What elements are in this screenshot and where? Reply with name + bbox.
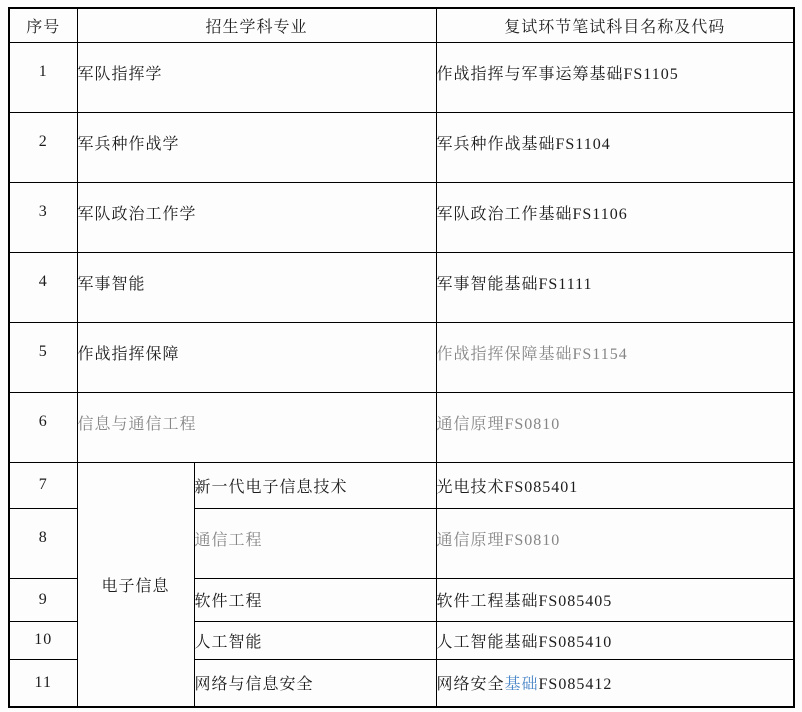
row-number: 8 — [9, 508, 77, 578]
table-row: 1 军队指挥学 作战指挥与军事运筹基础FS1105 — [9, 42, 794, 112]
subject-text-post: FS085412 — [539, 676, 613, 693]
header-subject: 复试环节笔试科目名称及代码 — [436, 8, 794, 42]
subject-cell: 软件工程基础FS085405 — [436, 578, 794, 621]
row-number: 3 — [9, 182, 77, 252]
subject-cell: 人工智能基础FS085410 — [436, 621, 794, 659]
table-row: 2 军兵种作战学 军兵种作战基础FS1104 — [9, 112, 794, 182]
table-row: 6 信息与通信工程 通信原理FS0810 — [9, 392, 794, 462]
table-row: 3 军队政治工作学 军队政治工作基础FS1106 — [9, 182, 794, 252]
subject-cell: 光电技术FS085401 — [436, 462, 794, 508]
subject-link[interactable]: 基础 — [505, 676, 539, 693]
specialty-cell: 军队政治工作学 — [77, 182, 436, 252]
row-number: 10 — [9, 621, 77, 659]
specialty-cell: 军队指挥学 — [77, 42, 436, 112]
sub-specialty-cell: 通信工程 — [194, 508, 436, 578]
subject-cell: 网络安全基础FS085412 — [436, 659, 794, 707]
specialty-cell: 军兵种作战学 — [77, 112, 436, 182]
admissions-table-sheet: 序号 招生学科专业 复试环节笔试科目名称及代码 1 军队指挥学 作战指挥与军事运… — [8, 7, 795, 708]
row-number: 6 — [9, 392, 77, 462]
subject-cell: 军队政治工作基础FS1106 — [436, 182, 794, 252]
row-number: 4 — [9, 252, 77, 322]
row-number: 11 — [9, 659, 77, 707]
header-number: 序号 — [9, 8, 77, 42]
row-number: 1 — [9, 42, 77, 112]
subject-cell: 作战指挥保障基础FS1154 — [436, 322, 794, 392]
subject-cell: 通信原理FS0810 — [436, 392, 794, 462]
table-row: 5 作战指挥保障 作战指挥保障基础FS1154 — [9, 322, 794, 392]
sub-specialty-cell: 软件工程 — [194, 578, 436, 621]
row-number: 7 — [9, 462, 77, 508]
row-number: 5 — [9, 322, 77, 392]
admissions-subjects-table: 序号 招生学科专业 复试环节笔试科目名称及代码 1 军队指挥学 作战指挥与军事运… — [8, 7, 795, 708]
subject-cell: 通信原理FS0810 — [436, 508, 794, 578]
sub-specialty-cell: 网络与信息安全 — [194, 659, 436, 707]
sub-specialty-cell: 新一代电子信息技术 — [194, 462, 436, 508]
specialty-cell: 作战指挥保障 — [77, 322, 436, 392]
subject-text-pre: 网络安全 — [437, 676, 505, 693]
header-specialty: 招生学科专业 — [77, 8, 436, 42]
subject-cell: 作战指挥与军事运筹基础FS1105 — [436, 42, 794, 112]
row-number: 9 — [9, 578, 77, 621]
group-cell-electronic-information: 电子信息 — [77, 462, 194, 707]
table-row: 7 电子信息 新一代电子信息技术 光电技术FS085401 — [9, 462, 794, 508]
subject-cell: 军事智能基础FS1111 — [436, 252, 794, 322]
table-header-row: 序号 招生学科专业 复试环节笔试科目名称及代码 — [9, 8, 794, 42]
table-row: 4 军事智能 军事智能基础FS1111 — [9, 252, 794, 322]
specialty-cell: 军事智能 — [77, 252, 436, 322]
row-number: 2 — [9, 112, 77, 182]
sub-specialty-cell: 人工智能 — [194, 621, 436, 659]
specialty-cell: 信息与通信工程 — [77, 392, 436, 462]
subject-cell: 军兵种作战基础FS1104 — [436, 112, 794, 182]
